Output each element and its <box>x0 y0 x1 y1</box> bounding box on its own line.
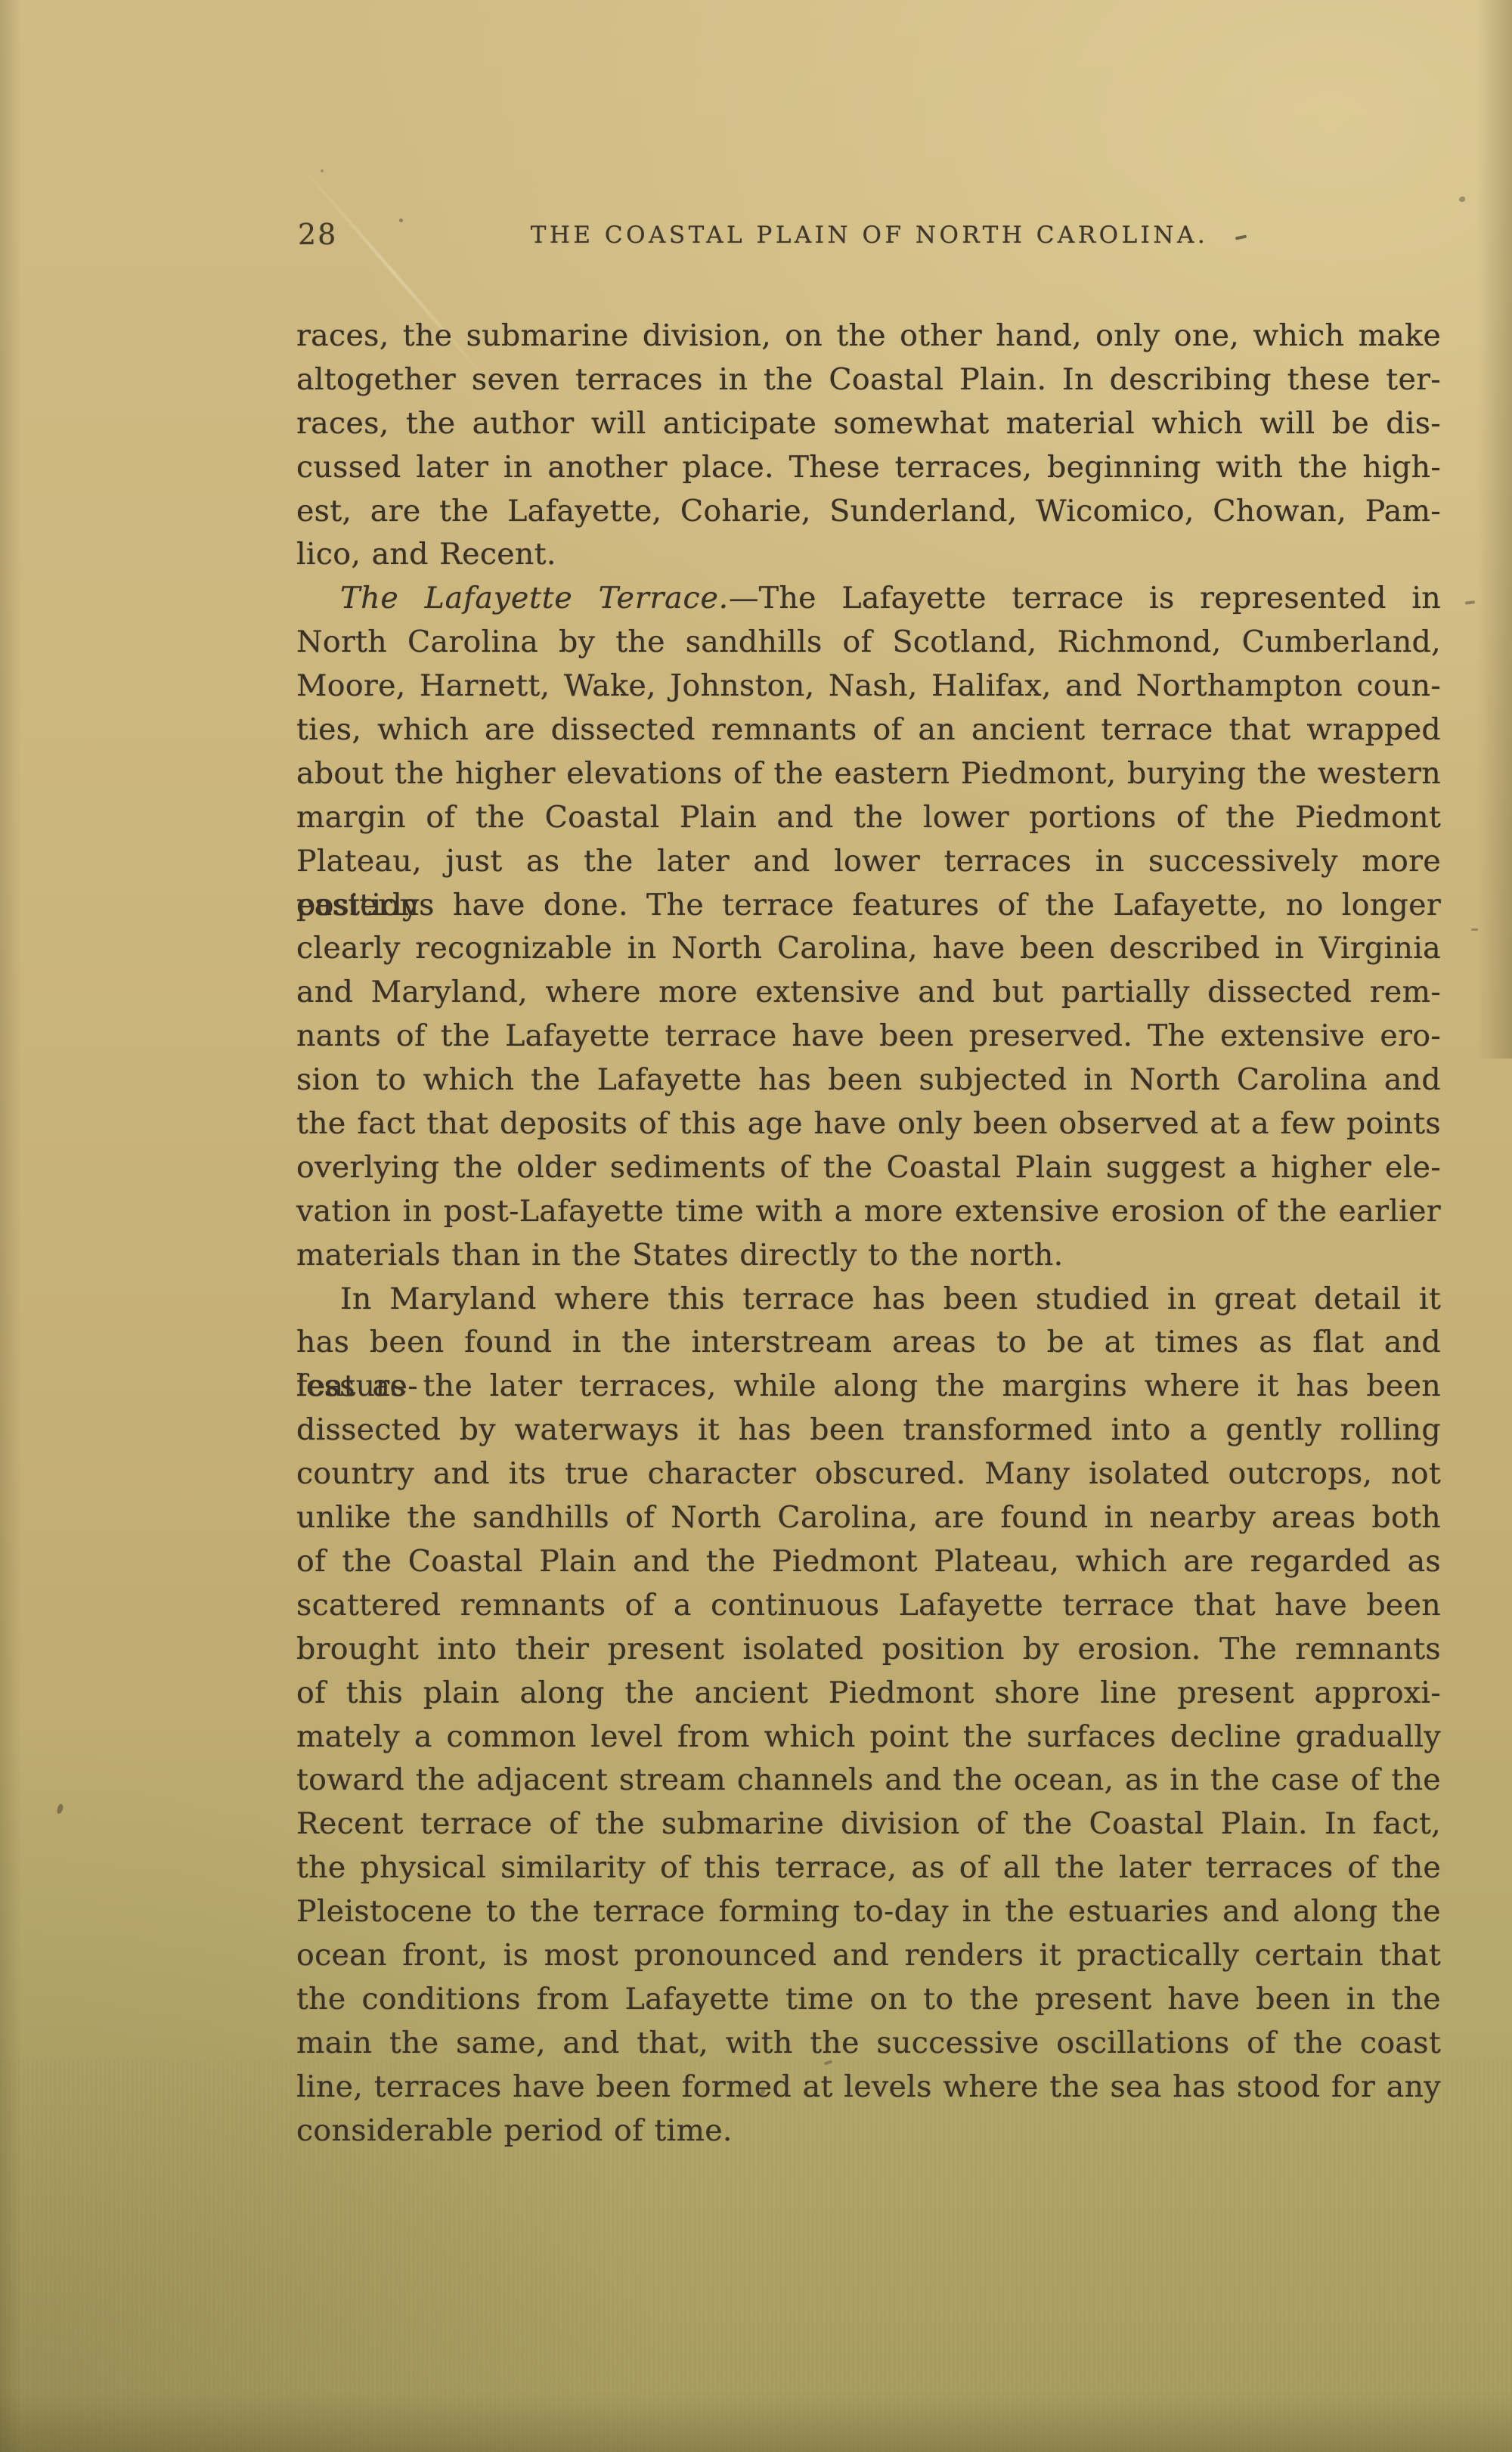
text-line: In Maryland where this terrace has been … <box>296 1278 1441 1322</box>
text-line: races, the author will anticipate somewh… <box>296 402 1441 446</box>
text-line: dissected by waterways it has been trans… <box>296 1409 1441 1452</box>
text-line: nants of the Lafayette terrace have been… <box>296 1015 1441 1059</box>
text-line: the fact that deposits of this age have … <box>296 1102 1441 1146</box>
text-line: mately a common level from which point t… <box>296 1716 1441 1759</box>
text-line: races, the submarine division, on the ot… <box>296 315 1441 358</box>
page-edge-shading-bottom <box>0 2392 1512 2452</box>
text-line: scattered remnants of a continuous Lafay… <box>296 1584 1441 1628</box>
page-header: 28 THE COASTAL PLAIN OF NORTH CAROLINA. <box>296 218 1442 253</box>
text-line: line, terraces have been formed at level… <box>296 2066 1441 2109</box>
text-line: main the same, and that, with the succes… <box>296 2022 1441 2066</box>
text-line: about the higher elevations of the easte… <box>296 752 1441 796</box>
text-line: Pleistocene to the terrace forming to-da… <box>296 1890 1441 1934</box>
text-line: unlike the sandhills of North Carolina, … <box>296 1496 1441 1540</box>
text-line: vation in post-Lafayette time with a mor… <box>296 1190 1441 1234</box>
text-line: considerable period of time. <box>296 2109 1441 2153</box>
text-line: overlying the older sediments of the Coa… <box>296 1146 1441 1190</box>
text-line: ocean front, is most pronounced and rend… <box>296 1934 1441 1978</box>
text-line: less as the later terraces, while along … <box>296 1365 1441 1409</box>
ink-speck <box>399 219 403 222</box>
ink-speck <box>321 169 324 172</box>
text-line: Moore, Harnett, Wake, Johnston, Nash, Ha… <box>296 665 1441 708</box>
ink-speck <box>1459 197 1465 202</box>
text-line: toward the adjacent stream channels and … <box>296 1759 1441 1803</box>
text-line: country and its true character obscured.… <box>296 1452 1441 1496</box>
text-line: altogether seven terraces in the Coastal… <box>296 358 1441 402</box>
text-line: margin of the Coastal Plain and the lowe… <box>296 796 1441 840</box>
text-line: North Carolina by the sandhills of Scotl… <box>296 621 1441 665</box>
italic-run-in-heading: The Lafayette Terrace. <box>340 581 729 615</box>
text-line: positions have done. The terrace feature… <box>296 884 1441 928</box>
paper-background: 28 THE COASTAL PLAIN OF NORTH CAROLINA. … <box>0 0 1512 2452</box>
paragraph: The Lafayette Terrace.—The Lafayette ter… <box>296 577 1441 1277</box>
text-line: materials than in the States directly to… <box>296 1234 1441 1278</box>
text-line: The Lafayette Terrace.—The Lafayette ter… <box>296 577 1441 621</box>
page-number: 28 <box>298 218 337 251</box>
ink-speck <box>1471 928 1478 931</box>
text-line: sion to which the Lafayette has been sub… <box>296 1059 1441 1102</box>
text-line: the physical similarity of this terrace,… <box>296 1846 1441 1890</box>
text-line: and Maryland, where more extensive and b… <box>296 971 1441 1015</box>
paragraph: races, the submarine division, on the ot… <box>296 315 1441 577</box>
text-line: of this plain along the ancient Piedmont… <box>296 1672 1441 1716</box>
text-line: Plateau, just as the later and lower ter… <box>296 840 1441 884</box>
text-line: Recent terrace of the submarine division… <box>296 1803 1441 1846</box>
text-line: the conditions from Lafayette time on to… <box>296 1978 1441 2022</box>
ink-speck <box>57 1803 64 1814</box>
text-line: est, are the Lafayette, Coharie, Sunderl… <box>296 490 1441 534</box>
running-title: THE COASTAL PLAIN OF NORTH CAROLINA. <box>531 222 1209 249</box>
paragraph: In Maryland where this terrace has been … <box>296 1278 1441 2153</box>
scanned-book-page: { "page": { "number": "28", "running_tit… <box>0 0 1512 2452</box>
text-line: cussed later in another place. These ter… <box>296 446 1441 490</box>
text-line: of the Coastal Plain and the Piedmont Pl… <box>296 1540 1441 1584</box>
text-line: has been found in the interstream areas … <box>296 1321 1441 1365</box>
text-line: clearly recognizable in North Carolina, … <box>296 927 1441 971</box>
text-line: lico, and Recent. <box>296 533 1441 577</box>
text-block: races, the submarine division, on the ot… <box>296 315 1441 2153</box>
text-line: brought into their present isolated posi… <box>296 1628 1441 1672</box>
text-line: ties, which are dissected remnants of an… <box>296 708 1441 752</box>
page-edge-shading-right <box>1471 0 1512 1059</box>
